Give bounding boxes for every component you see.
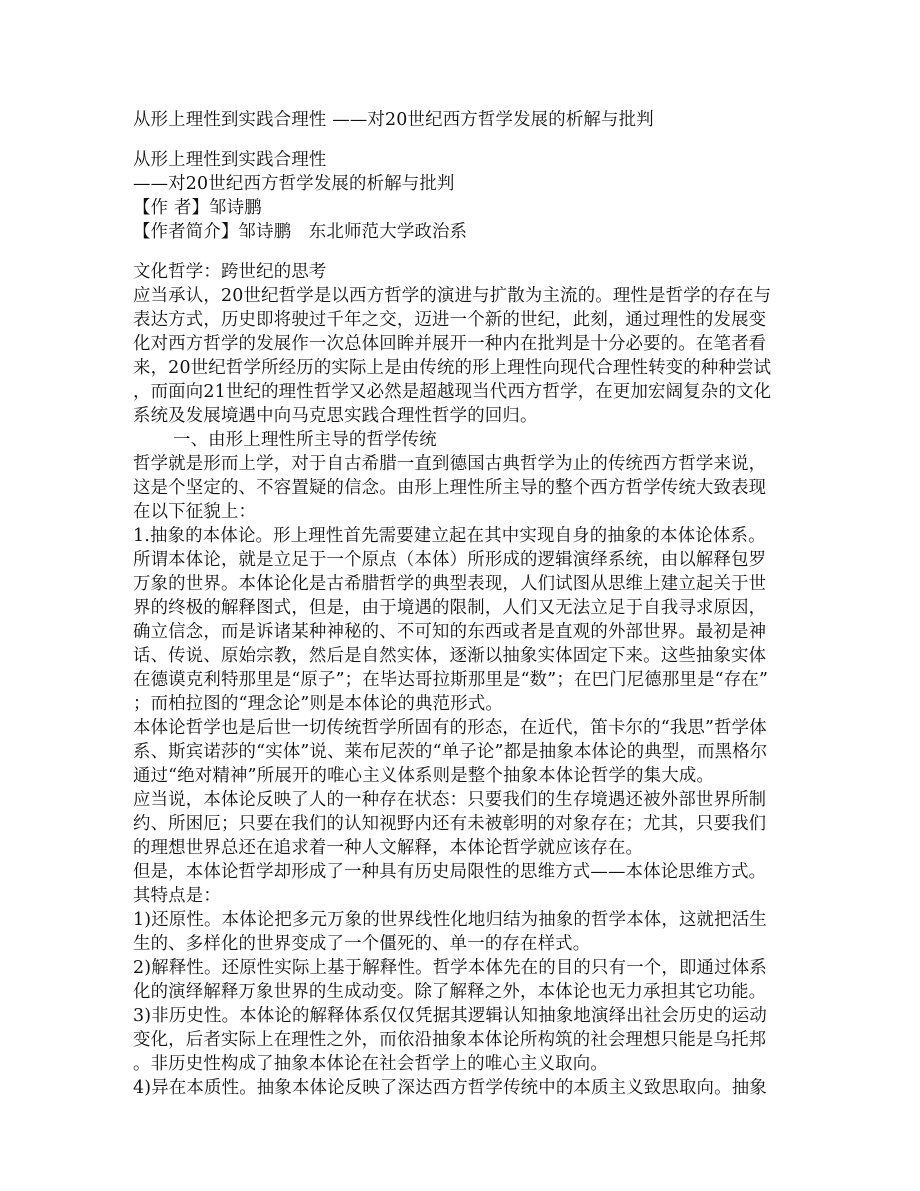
body-line: 的理想世界总还在追求着一种人文解释，本体论哲学就应该存在。 [133,836,643,860]
body-line: 。非历史性构成了抽象本体论在社会哲学上的唯心主义取向。 [133,1052,608,1076]
body-line: 来，20世纪哲学所经历的实际上是由传统的形上理性向现代合理性转变的种种尝试 [133,356,771,380]
body-line: 化对西方哲学的发展作一次总体回眸并展开一种内在批判是十分必要的。在笔者看 [133,332,766,356]
body-line: 2)解释性。还原性实际上基于解释性。哲学本体先在的目的只有一个，即通过体系 [133,956,767,980]
body-line: 化的演绎解释万象世界的生成动变。除了解释之外，本体论也无力承担其它功能。 [133,980,766,1004]
body-line: 1.抽象的本体论。形上理性首先需要建立起在其中实现自身的抽象的本体论体系。 [133,524,766,548]
body-line: 本体论哲学也是后世一切传统哲学所固有的形态，在近代，笛卡尔的“我思”哲学体 [133,716,767,740]
body-line: 系统及发展境遇中向马克思实践合理性哲学的回归。 [133,404,538,428]
article-subtitle: ——对20世纪西方哲学发展的析解与批判 [133,172,455,196]
body-line: 所谓本体论，就是立足于一个原点（本体）所形成的逻辑演绎系统，由以解释包罗 [133,548,766,572]
body-line: 但是，本体论哲学却形成了一种具有历史局限性的思维方式——本体论思维方式。 [133,860,766,884]
body-line: 3)非历史性。本体论的解释体系仅仅凭据其逻辑认知抽象地演绎出社会历史的运动 [133,1004,767,1028]
body-line: 通过“绝对精神”所展开的唯心主义体系则是整个抽象本体论哲学的集大成。 [133,764,714,788]
body-line: 约、所困厄；只要在我们的认知视野内还有未被彰明的对象存在；尤其，只要我们 [133,812,766,836]
body-line: 在以下征貌上： [133,500,256,524]
section-heading: 一、由形上理性所主导的哲学传统 [133,428,437,452]
body-line: 其特点是： [133,884,221,908]
body-line: 应当说，本体论反映了人的一种存在状态：只要我们的生存境遇还被外部世界所制 [133,788,766,812]
body-line: 系、斯宾诺莎的“实体”说、莱布尼茨的“单子论”都是抽象本体论的典型，而黑格尔 [133,740,767,764]
body-line: 表达方式，历史即将驶过千年之交，迈进一个新的世纪，此刻，通过理性的发展变 [133,308,766,332]
body-line: 变化，后者实际上在理性之外，而依沿抽象本体论所构筑的社会理想只能是乌托邦 [133,1028,766,1052]
author-intro-line: 【作者简介】邹诗鹏 东北师范大学政治系 [133,220,467,244]
body-line: 确立信念，而是诉诸某种神秘的、不可知的东西或者是直观的外部世界。最初是神 [133,620,766,644]
document-header-title: 从形上理性到实践合理性 ——对20世纪西方哲学发展的析解与批判 [133,108,654,132]
body-line: 4)异在本质性。抽象本体论反映了深达西方哲学传统中的本质主义致思取向。抽象 [133,1076,767,1100]
body-line: ，而面向21世纪的理性哲学又必然是超越现当代西方哲学，在更加宏阔复杂的文化 [133,380,771,404]
body-line: ；而柏拉图的“理念论”则是本体论的典范形式。 [133,692,503,716]
body-line: 1)还原性。本体论把多元万象的世界线性化地归结为抽象的哲学本体，这就把活生 [133,908,767,932]
author-line: 【作 者】邹诗鹏 [133,196,262,220]
body-line: 界的终极的解释图式，但是，由于境遇的限制，人们又无法立足于自我寻求原因， [133,596,766,620]
body-line: 应当承认，20世纪哲学是以西方哲学的演进与扩散为主流的。理性是哲学的存在与 [133,284,771,308]
body-line: 在德谟克利特那里是“原子”；在毕达哥拉斯那里是“数”；在巴门尼德那里是“存在” [133,668,768,692]
body-line: 生的、多样化的世界变成了一个僵死的、单一的存在样式。 [133,932,590,956]
body-line: 哲学就是形而上学，对于自古希腊一直到德国古典哲学为止的传统西方哲学来说， [133,452,766,476]
body-line: 这是个坚定的、不容置疑的信念。由形上理性所主导的整个西方哲学传统大致表现 [133,476,766,500]
column-label: 文化哲学：跨世纪的思考 [133,260,327,284]
body-line: 话、传说、原始宗教，然后是自然实体，逐渐以抽象实体固定下来。这些抽象实体 [133,644,766,668]
article-title: 从形上理性到实践合理性 [133,148,327,172]
body-line: 万象的世界。本体论化是古希腊哲学的典型表现，人们试图从思维上建立起关于世 [133,572,766,596]
